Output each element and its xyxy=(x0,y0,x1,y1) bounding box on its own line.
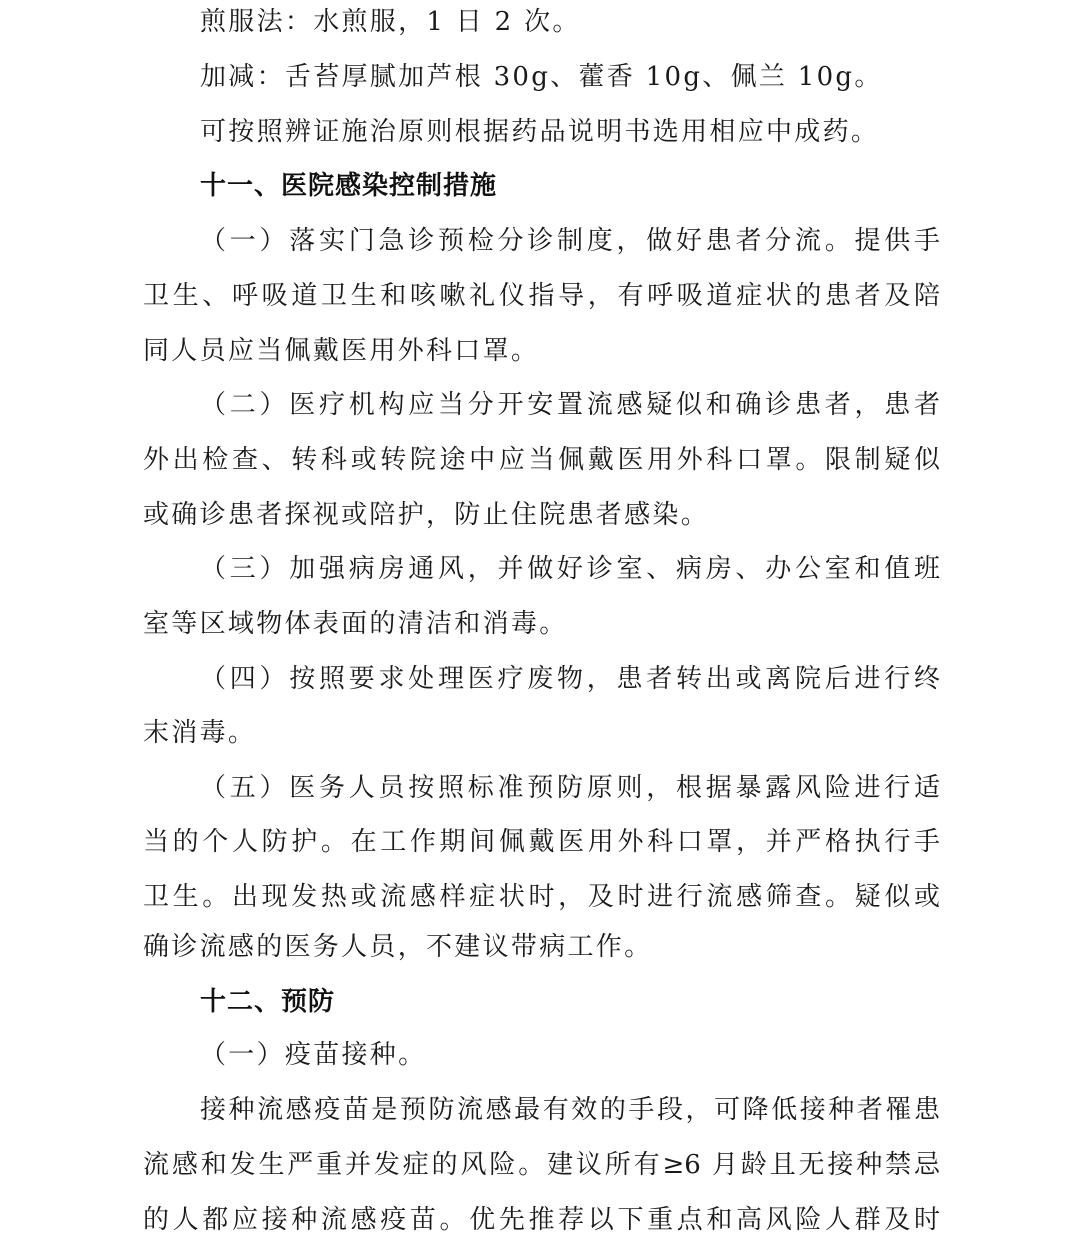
modification-line: 加减：舌苔厚腻加芦根 30g、藿香 10g、佩兰 10g。 xyxy=(200,50,883,104)
s11-item5-line-1: （五）医务人员按照标准预防原则，根据暴露风险进行适 xyxy=(200,761,940,815)
s11-item5-line-3: 卫生。出现发热或流感样症状时，及时进行流感筛查。疑似或 xyxy=(143,870,940,924)
section-11-heading: 十一、医院感染控制措施 xyxy=(200,159,497,213)
s11-item1-line-2: 卫生、呼吸道卫生和咳嗽礼仪指导，有呼吸道症状的患者及陪 xyxy=(143,269,940,323)
s11-item1-line-3: 同人员应当佩戴医用外科口罩。 xyxy=(143,324,539,378)
s11-item1-line-1: （一）落实门急诊预检分诊制度，做好患者分流。提供手 xyxy=(200,214,940,268)
s11-item2-line-3: 或确诊患者探视或陪护，防止住院患者感染。 xyxy=(143,488,709,542)
s12-vaccine-line-3: 的人都应接种流感疫苗。优先推荐以下重点和高风险人群及时 xyxy=(143,1193,940,1247)
s11-item4-line-2: 末消毒。 xyxy=(143,706,256,760)
s11-item5-line-4: 确诊流感的医务人员，不建议带病工作。 xyxy=(143,920,652,974)
s11-item3-line-2: 室等区域物体表面的清洁和消毒。 xyxy=(143,597,568,651)
s12-item1-subheading: （一）疫苗接种。 xyxy=(200,1028,426,1082)
decoction-line: 煎服法：水煎服，1 日 2 次。 xyxy=(200,0,581,49)
s11-item4-line-1: （四）按照要求处理医疗废物，患者转出或离院后进行终 xyxy=(200,652,940,706)
s12-vaccine-line-2: 流感和发生严重并发症的风险。建议所有≥6 月龄且无接种禁忌 xyxy=(143,1138,940,1192)
section-12-heading: 十二、预防 xyxy=(200,975,335,1029)
patent-medicine-line: 可按照辨证施治原则根据药品说明书选用相应中成药。 xyxy=(200,105,879,159)
s11-item2-line-1: （二）医疗机构应当分开安置流感疑似和确诊患者，患者 xyxy=(200,378,940,432)
s11-item3-line-1: （三）加强病房通风，并做好诊室、病房、办公室和值班 xyxy=(200,542,940,596)
s11-item5-line-2: 当的个人防护。在工作期间佩戴医用外科口罩，并严格执行手 xyxy=(143,815,940,869)
s12-vaccine-line-1: 接种流感疫苗是预防流感最有效的手段，可降低接种者罹患 xyxy=(200,1083,940,1137)
s11-item2-line-2: 外出检查、转科或转院途中应当佩戴医用外科口罩。限制疑似 xyxy=(143,433,940,487)
